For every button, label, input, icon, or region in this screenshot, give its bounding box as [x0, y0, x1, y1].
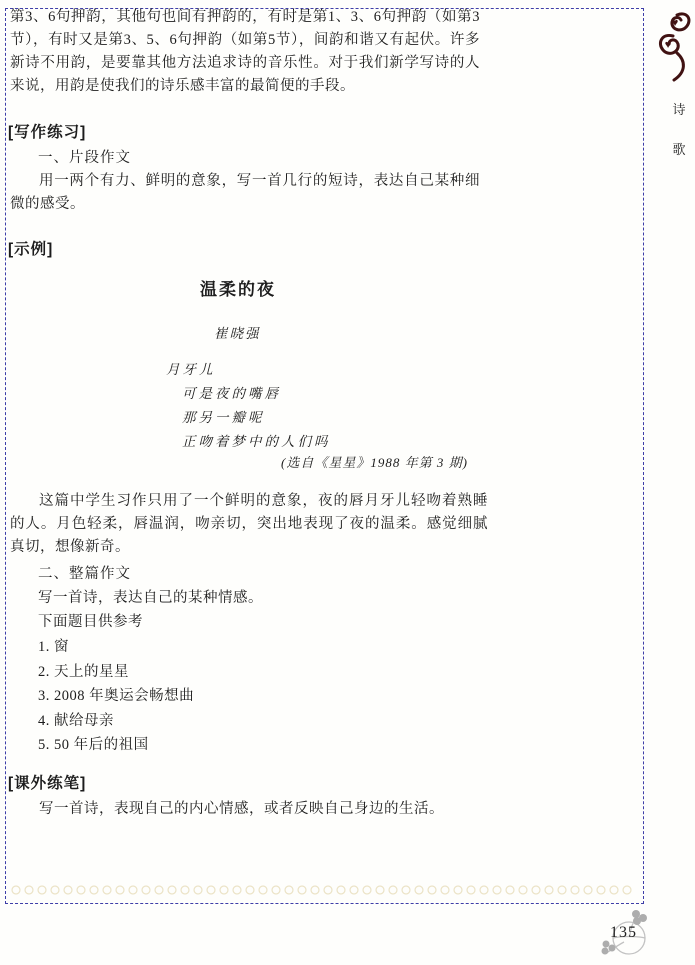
- extra-practice-body: 写一首诗，表现自己的内心情感，或者反映自己身边的生活。: [10, 798, 488, 821]
- page-number: 135: [610, 924, 637, 942]
- topic-item: 4. 献给母亲: [38, 709, 194, 734]
- task2-title: 二、整篇作文: [38, 563, 131, 586]
- poem-line: 可是夜的嘴唇: [182, 382, 331, 406]
- topic-list: 1. 窗 2. 天上的星星 3. 2008 年奥运会畅想曲 4. 献给母亲 5.…: [38, 635, 194, 758]
- svg-text:♥: ♥: [672, 17, 679, 29]
- poem-source: (选自《星星》1988 年第 3 期): [281, 451, 468, 474]
- topic-item: 2. 天上的星星: [38, 660, 194, 685]
- example-commentary: 这篇中学生习作只用了一个鲜明的意象，夜的唇月牙儿轻吻着熟睡的人。月色轻柔，唇温润…: [10, 490, 488, 559]
- book-page: 第3、6句押韵，其他句也间有押韵的，有时是第1、3、6句押韵（如第3节），有时又…: [0, 0, 695, 965]
- topic-item: 5. 50 年后的祖国: [38, 733, 194, 758]
- svg-text:♥: ♥: [665, 39, 672, 51]
- topic-item: 1. 窗: [38, 635, 194, 660]
- poem-title: 温柔的夜: [200, 278, 276, 301]
- vine-ornament-icon: ♥ ♥: [656, 10, 694, 91]
- dotted-chain-ornament: [10, 884, 634, 897]
- chapter-label-char: 歌: [671, 139, 687, 158]
- poem-line: 月牙儿: [166, 358, 331, 382]
- poem-author: 崔晓强: [214, 322, 261, 345]
- task2-body: 写一首诗，表达自己的某种情感。: [38, 587, 263, 610]
- task1-title: 一、片段作文: [38, 147, 131, 170]
- poem-line: 那另一瓣呢: [182, 406, 331, 430]
- topic-item: 3. 2008 年奥运会畅想曲: [38, 684, 194, 709]
- task2-hint: 下面题目供参考: [38, 611, 143, 634]
- intro-paragraph: 第3、6句押韵，其他句也间有押韵的，有时是第1、3、6句押韵（如第3节），有时又…: [10, 6, 480, 98]
- section-heading-extra-practice: [课外练笔]: [8, 772, 86, 795]
- section-heading-example: [示例]: [8, 238, 53, 261]
- task1-body: 用一两个有力、鲜明的意象，写一首几行的短诗，表达自己某种细微的感受。: [10, 170, 480, 216]
- section-heading-writing-practice: [写作练习]: [8, 121, 86, 144]
- poem-body: 月牙儿 可是夜的嘴唇 那另一瓣呢 正吻着梦中的人们吗: [166, 358, 331, 454]
- chapter-label-char: 诗: [671, 99, 687, 118]
